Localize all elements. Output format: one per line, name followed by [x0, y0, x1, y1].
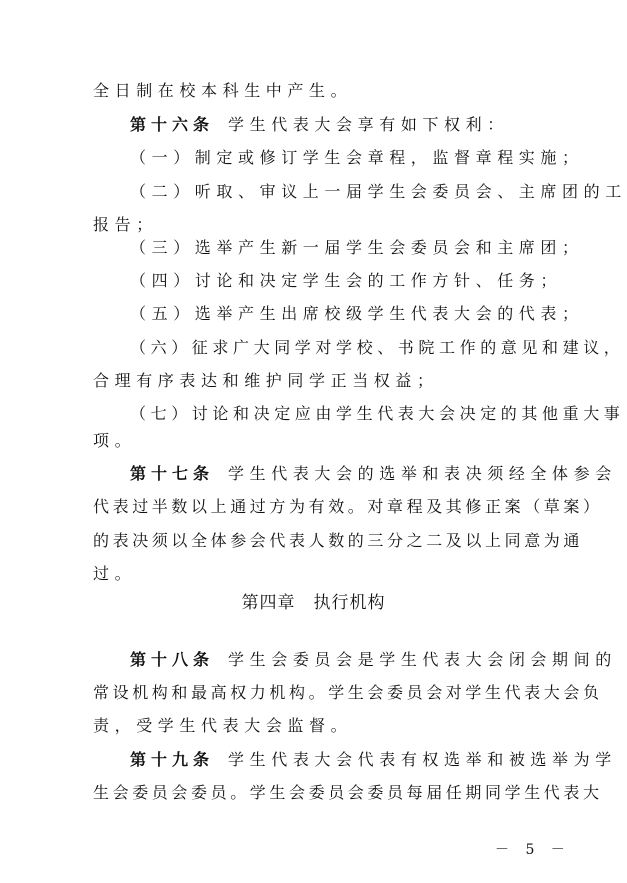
article-text: 学生会委员会是学生代表大会闭会期间的: [228, 650, 617, 669]
article-text: 学生代表大会的选举和表决须经全体参会: [228, 464, 617, 483]
paragraph-line: 报告；: [93, 215, 533, 235]
document-page: 全日制在校本科生中产生。 第十六条学生代表大会享有如下权利： （一）制定或修订学…: [0, 0, 627, 883]
paragraph-line: 合理有序表达和维护同学正当权益；: [93, 371, 533, 391]
paragraph-line: 生会委员会委员。学生会委员会委员每届任期同学生代表大: [93, 783, 533, 803]
article-16: 第十六条学生代表大会享有如下权利：: [130, 115, 570, 135]
list-item: （五）选举产生出席校级学生代表大会的代表；: [130, 304, 570, 324]
paragraph-line: 常设机构和最高权力机构。学生会委员会对学生代表大会负: [93, 683, 533, 703]
article-17: 第十七条学生代表大会的选举和表决须经全体参会: [130, 464, 570, 484]
article-18: 第十八条学生会委员会是学生代表大会闭会期间的: [130, 650, 570, 670]
article-number: 第十八条: [130, 650, 214, 669]
article-number: 第十七条: [130, 464, 214, 483]
list-item: （二）听取、审议上一届学生会委员会、主席团的工作: [130, 182, 570, 202]
paragraph-line: 过。: [93, 564, 533, 584]
article-text: 学生代表大会享有如下权利：: [228, 115, 509, 134]
list-item: （六）征求广大同学对学校、书院工作的意见和建议，: [130, 338, 570, 358]
article-number: 第十九条: [130, 750, 214, 769]
paragraph-line: 的表决须以全体参会代表人数的三分之二及以上同意为通: [93, 531, 533, 551]
list-item: （三）选举产生新一届学生会委员会和主席团；: [130, 238, 570, 258]
paragraph-line: 责，受学生代表大会监督。: [93, 716, 533, 736]
page-number: － 5 －: [495, 839, 571, 859]
article-19: 第十九条学生代表大会代表有权选举和被选举为学: [130, 750, 570, 770]
paragraph-line: 项。: [93, 431, 533, 451]
article-number: 第十六条: [130, 115, 214, 134]
paragraph-line: 全日制在校本科生中产生。: [93, 81, 533, 101]
list-item: （四）讨论和决定学生会的工作方针、任务；: [130, 271, 570, 291]
article-text: 学生代表大会代表有权选举和被选举为学: [228, 750, 617, 769]
chapter-heading: 第四章 执行机构: [0, 588, 627, 613]
list-item: （一）制定或修订学生会章程，监督章程实施；: [130, 148, 570, 168]
list-item: （七）讨论和决定应由学生代表大会决定的其他重大事: [130, 404, 570, 424]
paragraph-line: 代表过半数以上通过方为有效。对章程及其修正案（草案）: [93, 497, 533, 517]
